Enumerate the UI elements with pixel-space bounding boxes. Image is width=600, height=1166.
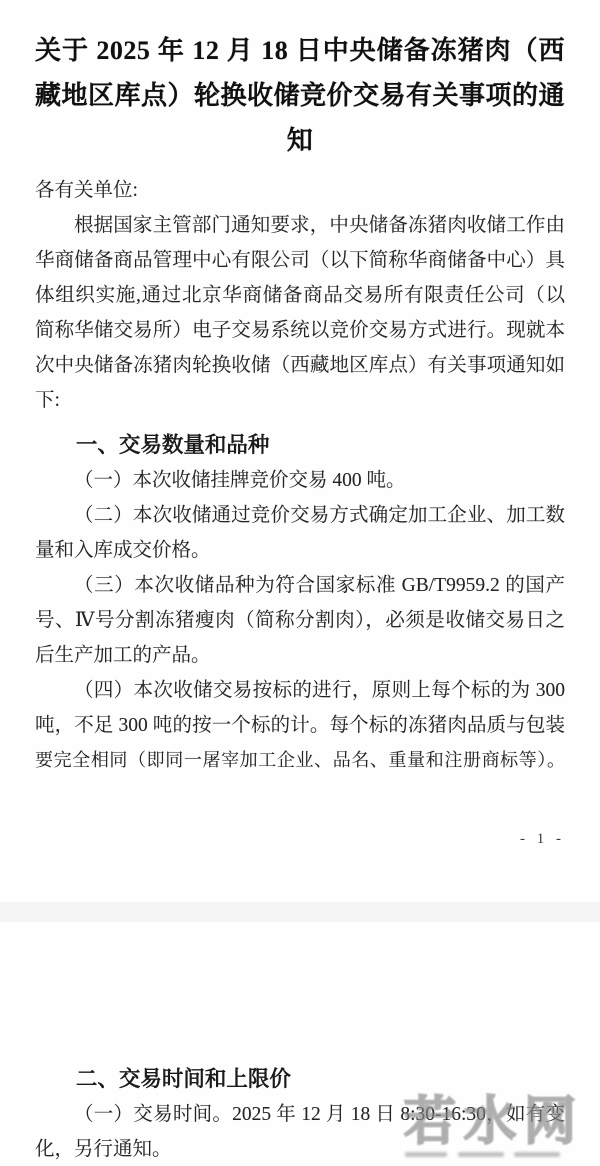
title-line-2: 藏地区库点）轮换收储竞价交易有关事项的通 [35,73,565,118]
title-line-1: 关于 2025 年 12 月 18 日中央储备冻猪肉（西 [35,28,565,73]
section-1-heading: 一、交易数量和品种 [35,428,565,463]
section-1-line: 量和入库成交价格。 [35,533,565,568]
intro-line: 简称华储交易所）电子交易系统以竞价交易方式进行。现就本 [35,313,565,348]
intro-line: 华商储备商品管理中心有限公司（以下简称华商储备中心）具 [35,243,565,278]
page-2: 二、交易时间和上限价 （一）交易时间。2025 年 12 月 18 日 8:30… [35,1062,565,1166]
document-viewer: 关于 2025 年 12 月 18 日中央储备冻猪肉（西 藏地区库点）轮换收储竞… [0,0,600,1166]
section-1-line: 号、Ⅳ号分割冻猪瘦肉（简称分割肉），必须是收储交易日之 [35,603,565,638]
section-1-line: 要完全相同（即同一屠宰加工企业、品名、重量和注册商标等）。 [35,743,565,778]
intro-line: 体组织实施,通过北京华商储备商品交易所有限责任公司（以下 [35,278,565,313]
section-1-line: 后生产加工的产品。 [35,638,565,673]
section-1-line: （四）本次收储交易按标的进行，原则上每个标的为 300 [35,673,565,708]
salutation: 各有关单位: [35,173,565,208]
intro-line: 次中央储备冻猪肉轮换收储（西藏地区库点）有关事项通知如 [35,348,565,383]
notice-title: 关于 2025 年 12 月 18 日中央储备冻猪肉（西 藏地区库点）轮换收储竞… [35,28,565,163]
section-2-heading: 二、交易时间和上限价 [35,1062,565,1097]
title-line-3: 知 [35,118,565,163]
section-2-body: （一）交易时间。2025 年 12 月 18 日 8:30-16:30，如有变 … [35,1097,565,1166]
section-1-line: （二）本次收储通过竞价交易方式确定加工企业、加工数 [35,498,565,533]
intro-line: 下: [35,383,565,418]
section-2-line: 化，另行通知。 [35,1132,565,1166]
intro-line: 根据国家主管部门通知要求，中央储备冻猪肉收储工作由 [35,208,565,243]
section-1-line: （三）本次收储品种为符合国家标准 GB/T9959.2 的国产Ⅱ [35,568,565,603]
section-1-body: （一）本次收储挂牌竞价交易 400 吨。 （二）本次收储通过竞价交易方式确定加工… [35,463,565,778]
page-separator [0,902,600,922]
page-1: 关于 2025 年 12 月 18 日中央储备冻猪肉（西 藏地区库点）轮换收储竞… [35,28,565,850]
section-2-line: （一）交易时间。2025 年 12 月 18 日 8:30-16:30，如有变 [35,1097,565,1132]
scanned-notice: 关于 2025 年 12 月 18 日中央储备冻猪肉（西 藏地区库点）轮换收储竞… [0,0,600,1166]
section-1-line: （一）本次收储挂牌竞价交易 400 吨。 [35,463,565,498]
page-number: - 1 - [35,828,565,850]
intro-paragraph: 根据国家主管部门通知要求，中央储备冻猪肉收储工作由 华商储备商品管理中心有限公司… [35,208,565,418]
section-1-line: 吨，不足 300 吨的按一个标的计。每个标的冻猪肉品质与包装 [35,708,565,743]
